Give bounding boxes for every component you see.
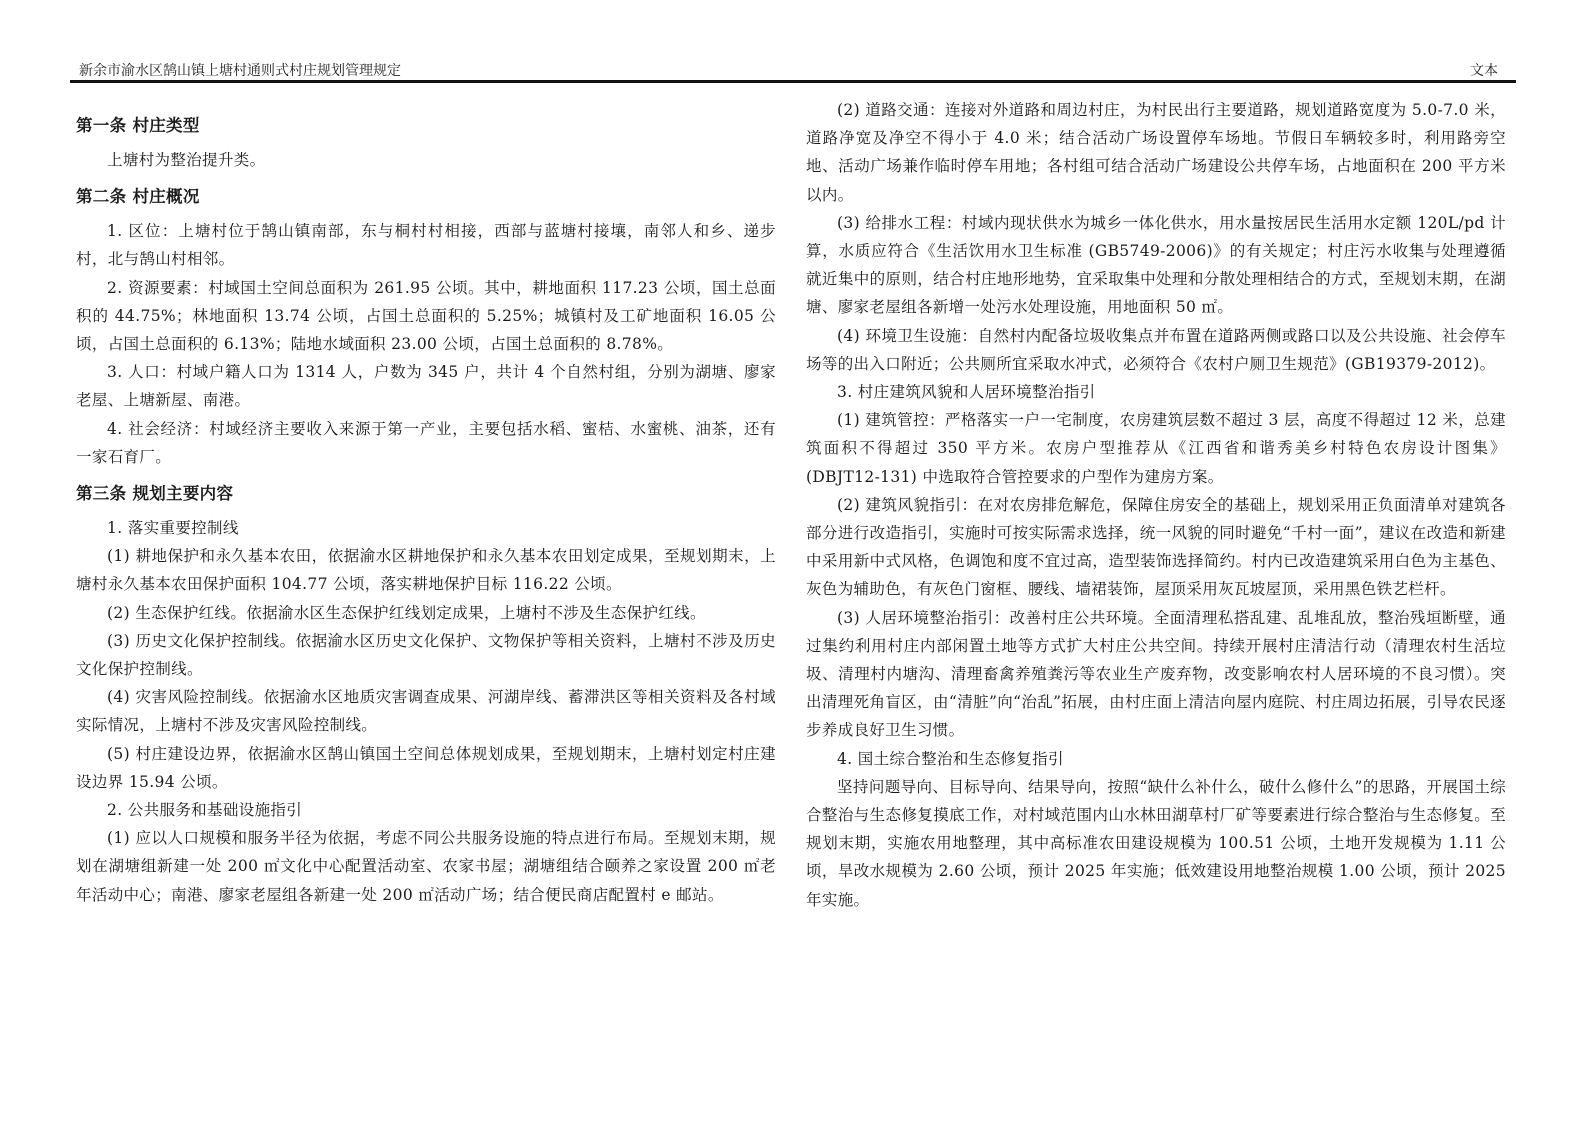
road-traffic-paragraph: (2) 道路交通：连接对外道路和周边村庄，为村民出行主要道路，规划道路宽度为 5…	[806, 96, 1506, 209]
water-supply-paragraph: (3) 给排水工程：村域内现状供水为城乡一体化供水，用水量按居民生活用水定额 1…	[806, 209, 1506, 322]
article-2-heading: 第二条 村庄概况	[76, 183, 776, 211]
architecture-subheading: 3. 村庄建筑风貌和人居环境整治指引	[806, 378, 1506, 406]
article-3-heading: 第三条 规划主要内容	[76, 480, 776, 508]
article-1-heading: 第一条 村庄类型	[76, 112, 776, 140]
living-environment-paragraph: (3) 人居环境整治指引：改善村庄公共环境。全面清理私搭乱建、乱堆乱放，整治残垣…	[806, 604, 1506, 745]
header-rule	[70, 80, 1516, 83]
public-services-subheading: 2. 公共服务和基础设施指引	[76, 796, 776, 824]
hazard-control-paragraph: (4) 灾害风险控制线。依据渝水区地质灾害调查成果、河湖岸线、蓄滞洪区等相关资料…	[76, 683, 776, 739]
right-column: (2) 道路交通：连接对外道路和周边村庄，为村民出行主要道路，规划道路宽度为 5…	[806, 96, 1506, 914]
farmland-protection-paragraph: (1) 耕地保护和永久基本农田，依据渝水区耕地保护和永久基本农田划定成果，至规划…	[76, 542, 776, 598]
construction-boundary-paragraph: (5) 村庄建设边界，依据渝水区鹄山镇国土空间总体规划成果，至规划期末，上塘村划…	[76, 740, 776, 796]
article-2-resources-paragraph: 2. 资源要素：村域国土空间总面积为 261.95 公顷。其中，耕地面积 117…	[76, 274, 776, 359]
ecological-redline-paragraph: (2) 生态保护红线。依据渝水区生态保护红线划定成果，上塘村不涉及生态保护红线。	[76, 599, 776, 627]
land-consolidation-paragraph: 坚持问题导向、目标导向、结果导向，按照“缺什么补什么，破什么修什么”的思路，开展…	[806, 773, 1506, 914]
article-2-population-paragraph: 3. 人口：村域户籍人口为 1314 人，户数为 345 户，共计 4 个自然村…	[76, 358, 776, 414]
section-label: 文本	[1470, 62, 1498, 80]
document-title: 新余市渝水区鹄山镇上塘村通则式村庄规划管理规定	[79, 62, 401, 80]
left-column: 第一条 村庄类型 上塘村为整治提升类。 第二条 村庄概况 1. 区位：上塘村位于…	[76, 100, 776, 909]
control-lines-subheading: 1. 落实重要控制线	[76, 514, 776, 542]
building-style-paragraph: (2) 建筑风貌指引：在对农房排危解危，保障住房安全的基础上，规划采用正负面清单…	[806, 491, 1506, 604]
article-1-paragraph: 上塘村为整治提升类。	[76, 146, 776, 174]
article-2-location-paragraph: 1. 区位：上塘村位于鹄山镇南部，东与桐村村相接，西部与蓝塘村接壤，南邻人和乡、…	[76, 217, 776, 273]
sanitation-paragraph: (4) 环境卫生设施：自然村内配备垃圾收集点并布置在道路两侧或路口以及公共设施、…	[806, 322, 1506, 378]
land-consolidation-subheading: 4. 国土综合整治和生态修复指引	[806, 745, 1506, 773]
heritage-control-paragraph: (3) 历史文化保护控制线。依据渝水区历史文化保护、文物保护等相关资料，上塘村不…	[76, 627, 776, 683]
article-2-economy-paragraph: 4. 社会经济：村域经济主要收入来源于第一产业，主要包括水稻、蜜桔、水蜜桃、油茶…	[76, 415, 776, 471]
public-facilities-paragraph: (1) 应以人口规模和服务半径为依据，考虑不同公共服务设施的特点进行布局。至规划…	[76, 824, 776, 909]
building-control-paragraph: (1) 建筑管控：严格落实一户一宅制度，农房建筑层数不超过 3 层，高度不得超过…	[806, 406, 1506, 491]
page-header: 新余市渝水区鹄山镇上塘村通则式村庄规划管理规定 文本	[70, 62, 1516, 82]
